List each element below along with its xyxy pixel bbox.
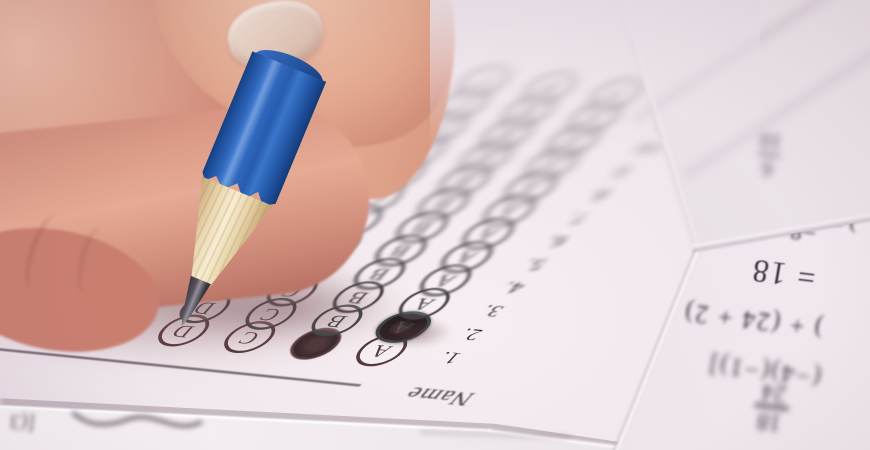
question-number: 2. [453,324,528,349]
question-number: 1. [432,347,507,372]
question-number: 5. [517,254,592,279]
name-label: Name [332,375,481,409]
math-line: ) + (24 + 2) [681,296,826,342]
pencil-tip-shadow [372,316,452,348]
question-number: 3. [474,301,549,326]
math-line-result: = 18 [748,251,819,297]
math-line: (−4)(−1)] [705,349,823,392]
question-number: 7. [560,207,635,232]
question-number: 4. [496,277,571,302]
question-number: 6. [538,231,613,256]
answer-bubble-12-A: A [581,76,652,112]
question-number: 8. [581,184,656,209]
answer-bubble-12-B: B [515,69,586,105]
photo-scene: 1.ABCDE2.ABCDE3.ABCDE4.ABCDE5.ABCDE6.ABC… [0,0,870,450]
answer-bubble-12-C: C [449,63,520,99]
blurred-text-fragment: [(3 [9,409,36,437]
question-number: 9. [602,161,677,186]
